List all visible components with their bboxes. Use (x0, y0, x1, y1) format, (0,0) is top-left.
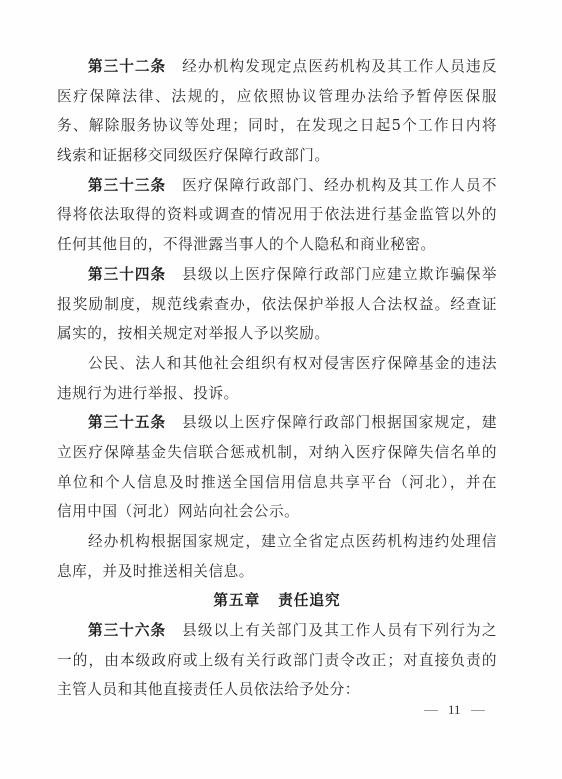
article-34-line-3: 属实的，按相关规定对举报人予以奖励。 (57, 319, 497, 349)
paragraph-report-line-1: 公民、法人和其他社会组织有权对侵害医疗保障基金的违法 (57, 349, 497, 379)
article-32-line-3: 务、解除服务协议等处理；同时，在发现之日起5个工作日内将 (57, 111, 497, 141)
article-35-line-3: 单位和个人信息及时推送全国信用信息共享平台（河北），并在 (57, 468, 497, 498)
page-number-footer: 11 (424, 702, 485, 718)
article-number: 第三十六条 (88, 622, 166, 639)
article-number: 第三十五条 (88, 414, 166, 431)
chapter-heading: 第五章责任追究 (57, 586, 497, 616)
chapter-number: 第五章 (213, 592, 260, 609)
article-32-line-1: 第三十二条经办机构发现定点医药机构及其工作人员违反 (57, 52, 497, 82)
article-number: 第三十三条 (88, 177, 166, 194)
paragraph-database-line-1: 经办机构根据国家规定，建立全省定点医药机构违约处理信 (57, 527, 497, 557)
article-35-line-4: 信用中国（河北）网站向社会公示。 (57, 497, 497, 527)
article-33-line-3: 任何其他目的，不得泄露当事人的个人隐私和商业秘密。 (57, 230, 497, 260)
article-32-line-2: 医疗保障法律、法规的，应依照协议管理办法给予暂停医保服 (57, 82, 497, 112)
article-35-line-1: 第三十五条县级以上医疗保障行政部门根据国家规定，建 (57, 408, 497, 438)
article-number: 第三十二条 (88, 58, 166, 75)
article-33-line-2: 得将依法取得的资料或调查的情况用于依法进行基金监管以外的 (57, 200, 497, 230)
article-35-line-2: 立医疗保障基金失信联合惩戒机制，对纳入医疗保障失信名单的 (57, 438, 497, 468)
article-36-line-2: 一的，由本级政府或上级有关行政部门责令改正；对直接负责的 (57, 646, 497, 676)
article-36-line-3: 主管人员和其他直接责任人员依法给予处分： (57, 675, 497, 705)
article-32-line-4: 线索和证据移交同级医疗保障行政部门。 (57, 141, 497, 171)
dash-left (424, 710, 438, 711)
chapter-title: 责任追究 (278, 592, 340, 609)
article-33-line-1: 第三十三条医疗保障行政部门、经办机构及其工作人员不 (57, 171, 497, 201)
article-34-line-1: 第三十四条县级以上医疗保障行政部门应建立欺诈骗保举 (57, 260, 497, 290)
document-body: 第三十二条经办机构发现定点医药机构及其工作人员违反 医疗保障法律、法规的，应依照… (57, 52, 497, 705)
dash-right (471, 710, 485, 711)
article-number: 第三十四条 (88, 266, 166, 283)
paragraph-report-line-2: 违规行为进行举报、投诉。 (57, 379, 497, 409)
document-page: 第三十二条经办机构发现定点医药机构及其工作人员违反 医疗保障法律、法规的，应依照… (0, 0, 562, 779)
page-number: 11 (448, 702, 461, 718)
paragraph-database-line-2: 息库，并及时推送相关信息。 (57, 557, 497, 587)
article-34-line-2: 报奖励制度，规范线索查办，依法保护举报人合法权益。经查证 (57, 290, 497, 320)
article-36-line-1: 第三十六条县级以上有关部门及其工作人员有下列行为之 (57, 616, 497, 646)
